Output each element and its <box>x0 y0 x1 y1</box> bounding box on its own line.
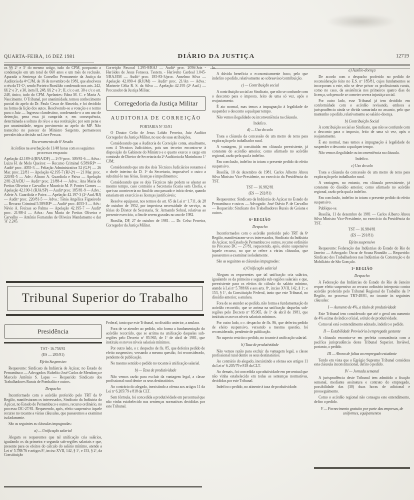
paragraph: Por outro lado, esse Tribunal já tem dec… <box>314 99 410 117</box>
paragraph: Não vemos razão para excluir da vantagem… <box>106 375 205 384</box>
paragraph: Fora de se atender ao pedido, não forma … <box>106 327 205 345</box>
paragraph: A vantagem, já constituída em cláusula p… <box>212 145 308 158</box>
paragraph: No mesmo sentido o pedido no tocante à u… <box>106 361 205 365</box>
centered-line: TST — 16.982/81 <box>212 185 308 189</box>
item-heading: Despacho <box>4 387 102 391</box>
header-title: DIÁRIO DA JUSTIÇA <box>178 52 255 60</box>
item-heading: b) Contribuição Social <box>314 119 410 123</box>
paragraph: São as seguintes as cláusulas impugnadas… <box>212 260 308 264</box>
region-heading: 6ª REGIÃO <box>212 218 308 222</box>
paragraph: os §§ 2º e 3º do mesmo artigo, tudo do C… <box>4 66 101 138</box>
heavy-rule <box>4 342 102 344</box>
centered-line: Indefiro. <box>212 121 308 125</box>
item-heading: Efeito Suspensivo <box>4 360 102 364</box>
paragraph: Não vemos ilegalidade ou inconveniência … <box>314 151 410 155</box>
scan-smudge <box>326 14 396 29</box>
paragraph: De acordo com o despacho proferido no pe… <box>314 75 410 97</box>
paragraph: Como tal está o entendimento adotado, in… <box>314 322 410 326</box>
paragraph: O Doutor Celio de Jesus Lobão Ferreira, … <box>106 131 206 140</box>
paragraph: Publique-se. <box>314 206 410 210</box>
paragraph: Ao demais, foi concedida a produtividade… <box>212 370 308 383</box>
paragraph: Requerente: Sindicato da Indústria de Aç… <box>4 367 102 385</box>
header-date: QUARTA-FEIRA, 16 DEZ 1981 <box>4 54 75 60</box>
column-3: la.A dúvida beneficia o economicamente f… <box>212 66 308 482</box>
item-heading: c) Uso do solo <box>314 164 410 168</box>
centered-line: (ES — 291/81) <box>314 233 410 237</box>
item-heading: a) Unificação salarial <box>212 267 308 271</box>
paragraph: Brasília, DF, 27 de outubro de 1981. — D… <box>106 219 206 228</box>
item-heading: b) Taxa de produtividade <box>212 343 308 347</box>
column-4-end-rule <box>314 467 410 469</box>
header-page-number: 12719 <box>396 54 409 60</box>
paragraph: Inconformado com o acórdão proferido pel… <box>4 394 102 421</box>
paragraph: la. <box>212 66 308 70</box>
tst-banner-title: Tribunal Superior do Trabalho <box>7 286 203 311</box>
paragraph: Sem fórmula, foi concedida a produtivida… <box>106 396 205 409</box>
paragraph: Considerando que um dos dois Técnicos Ju… <box>106 165 206 178</box>
paragraph: Correição Pascoal 1.295-8/RAJ — Auditª p… <box>106 66 206 93</box>
paragraph: A contribuição social ao Sindicato, que … <box>314 126 410 139</box>
paragraph: Brasília, 11 de dezembro de 1981 — Carlo… <box>314 212 410 225</box>
paragraph: A vantagem, no entanto, em cláusula pree… <box>314 181 410 194</box>
boxed-heading: Corregedoria da Justiça Militar <box>107 96 206 111</box>
section-heading: AUDITORIA DE CORREIÇÃO <box>106 115 206 121</box>
item-heading: Despacho <box>212 225 308 229</box>
item-heading: V — Fornecimento gratuito por parte das … <box>314 407 410 416</box>
paragraph: A cláusula encontra-se em perfeita conso… <box>314 336 410 349</box>
paragraph: Ao contrário do alegado, inexistindo a o… <box>212 360 308 369</box>
banner-rule-bottom <box>6 314 204 316</box>
region-heading: 1ª REGIÃO <box>314 267 410 271</box>
paragraph: Ao contrário do alegado, inexistindo a o… <box>106 385 205 394</box>
column-1-top: os §§ 2º e 3º do mesmo artigo, tudo do C… <box>4 66 101 281</box>
paragraph: A contribuição social ao Sindicato, que … <box>212 90 308 103</box>
item-heading: I — Aumento de 4%, a título de produtivi… <box>314 305 410 309</box>
paragraph: Apelação 42.189-4 (RNA/DF) — 2ª/3ª proc.… <box>4 157 101 224</box>
item-heading: II — Estabilidade Provisória à empregada… <box>314 329 410 333</box>
paragraph: Considerando que os dois Técnicos não po… <box>106 180 206 198</box>
scanned-gazette-page: QUARTA-FEIRA, 16 DEZ 1981 DIÁRIO DA JUST… <box>0 0 414 500</box>
paragraph: Por outro lado, o r. despacho de fls. 85… <box>106 346 205 359</box>
paragraph: Não vemos ilegalidade ou inconveniência … <box>212 115 308 119</box>
paragraph: Requerentes: Sindicato da Indústria do A… <box>212 197 308 215</box>
paragraph: Requerente: Federação das Indústrias do … <box>314 247 410 265</box>
centered-line: TST - 16.758/81 <box>4 347 102 351</box>
column-2-bottom: Federal, tanto que este Tribunal, no dis… <box>106 321 205 483</box>
item-heading: d) — Uso do solo <box>212 128 308 132</box>
paragraph: É ato normal, mas temos a impugnação à l… <box>212 105 308 114</box>
paragraph: A Federação das Indústrias do Estado do … <box>314 281 410 303</box>
paragraph: Brasília, 10 de dezembro de 1981. Carlos… <box>212 171 308 184</box>
boxed-heading: Presidência <box>5 324 102 339</box>
item-heading: a) — Unificação salarial <box>4 429 102 433</box>
item-heading: c) — Contribuição social <box>212 83 308 87</box>
paragraph: Em conclusão, indefiro in totum o presen… <box>212 160 308 169</box>
column-4: a) Auxílio-doençaDe acordo com o despach… <box>314 66 410 466</box>
scan-scale-layer: QUARTA-FEIRA, 16 DEZ 1981 DIÁRIO DA JUST… <box>0 0 414 500</box>
columns-1-2-end-rule <box>4 486 202 488</box>
header-rule-left <box>4 62 94 63</box>
centered-line: Acórdãos na averbação de 11/48 horas com… <box>4 147 101 156</box>
paragraph: Alegam os requerentes que tal unificação… <box>4 435 102 457</box>
banner-rule-top <box>6 281 204 283</box>
item-heading: IV — Jornada semanal <box>314 370 410 374</box>
paragraph: Por outro lado, o r. despacho de fls. 86… <box>212 321 308 334</box>
centered-line: PORTARIA Nº 35/81 <box>106 125 206 129</box>
centered-line: (ES — 285/81) <box>4 353 102 357</box>
item-heading: Efeito suspensivo <box>314 240 410 244</box>
item-heading: Despacho <box>314 274 410 278</box>
tst-banner: Tribunal Superior do Trabalho <box>6 281 204 316</box>
centered-line: Indefiro. <box>314 157 410 161</box>
paragraph: Indefiro o pedido, no atinente à taxa de… <box>212 385 308 389</box>
paragraph: No aspecto restrito o pedido, no tocante… <box>212 336 308 340</box>
paragraph: Fora de se atender ao pedido, não forma … <box>212 301 308 319</box>
item-heading: a) Auxílio-doença <box>314 69 410 73</box>
centered-line: TST — 16.984/81 <box>314 227 410 231</box>
paragraph: É ato normal, mas temos a impugnação à l… <box>314 141 410 150</box>
paragraph: A jurisprudência deste Tribunal tem admi… <box>314 376 410 394</box>
paragraph: Em conclusão, indefiro in totum o presen… <box>314 196 410 205</box>
column-1-bottom: PresidênciaTST - 16.758/81(ES — 285/81)E… <box>4 321 102 483</box>
paragraph: Este Tribunal tem considerado que até o … <box>314 312 410 321</box>
column-2-top: Correição Pascoal 1.295-8/RAJ — Auditª p… <box>106 66 206 281</box>
paragraph: Federal, tanto que este Tribunal, no dis… <box>106 321 205 325</box>
item-heading: Encerramento da 6ª Sessão <box>4 140 101 144</box>
paragraph: Alegam os requerentes que tal unificação… <box>212 273 308 300</box>
paragraph: A dúvida beneficia o economicamente frac… <box>212 72 308 81</box>
centered-line: (ES — 292/81) <box>212 191 308 195</box>
paragraph: Tendo em vista que o Egrégio Supremo Tri… <box>314 358 410 367</box>
item-heading: b) — Taxa de produtividade <box>106 368 205 372</box>
paragraph: Considerando que a Auditoria de Correiçã… <box>106 141 206 163</box>
paragraph: Trata a cláusula da concessão de um metr… <box>314 171 410 180</box>
item-heading: III — Abono de faltas ao empregado estud… <box>314 352 410 356</box>
paragraph: Não vemos razão para excluir da vantagem… <box>212 349 308 358</box>
paragraph: Resolve equiparar, nos termos do art. 65… <box>106 200 206 218</box>
paragraph: Inconformados com o acórdão proferido pe… <box>212 231 308 258</box>
paragraph: Como o acórdão regional não consagra est… <box>314 396 410 405</box>
paragraph: São as seguintes as cláusulas impugnadas… <box>4 422 102 426</box>
paragraph: Trata a cláusula da concessão de um metr… <box>212 135 308 144</box>
